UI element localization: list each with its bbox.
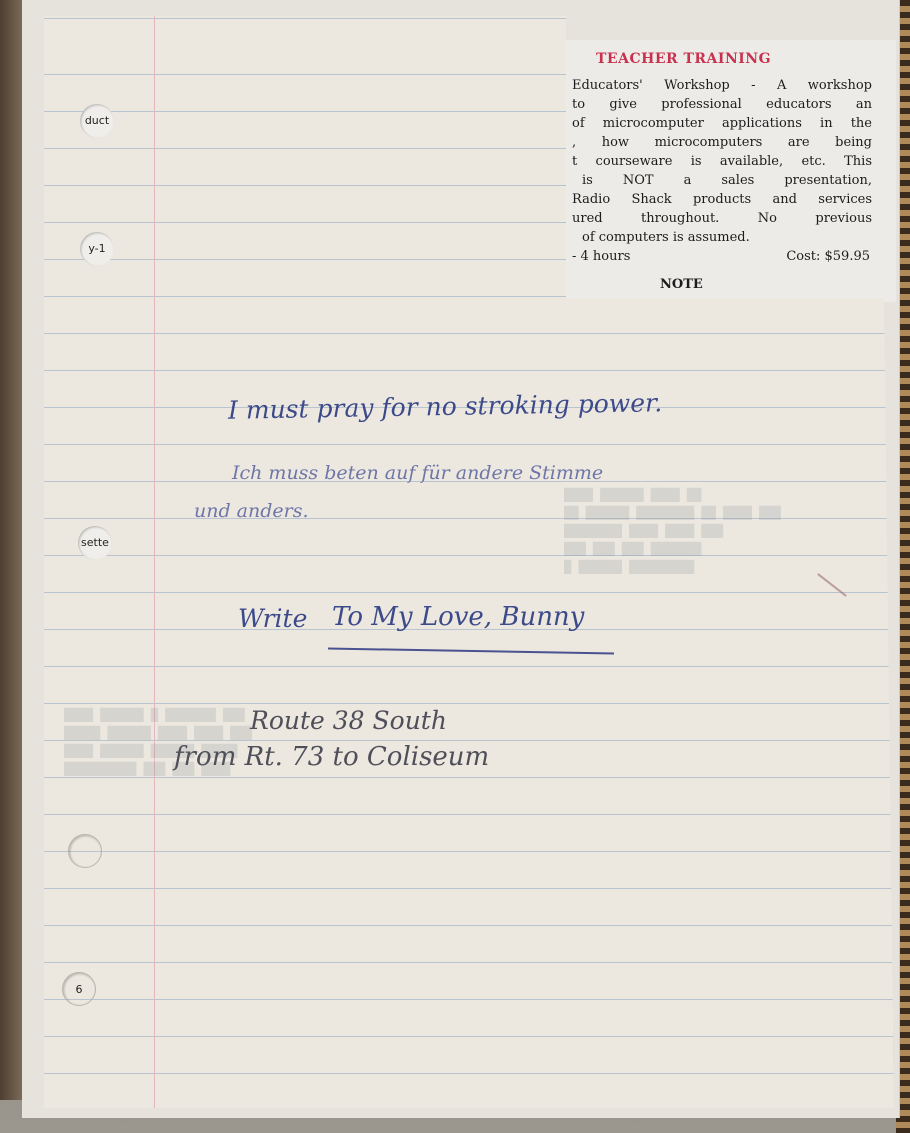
handwritten-line: und anders. xyxy=(194,500,309,522)
clipping-duration: - 4 hours xyxy=(572,247,630,266)
clipping-note-label: NOTE xyxy=(660,277,896,292)
teacher-training-clipping: TEACHER TRAINING Educators' Workshop - A… xyxy=(566,40,896,302)
clipping-cost-row: - 4 hours Cost: $59.95 xyxy=(572,247,870,266)
margin-line xyxy=(154,16,155,1108)
punch-hole: 6 xyxy=(62,972,96,1006)
clipping-line: ured throughout. No previous xyxy=(572,209,872,228)
punch-hole: y-1 xyxy=(80,232,114,266)
clipping-line: of microcomputer applications in the xyxy=(572,114,872,133)
clipping-cost: Cost: $59.95 xyxy=(786,247,870,266)
handwritten-line: Ich muss beten auf für andere Stimme xyxy=(232,462,603,484)
handwritten-line: from Rt. 73 to Coliseum xyxy=(174,742,489,772)
clipping-line: Radio Shack products and services xyxy=(572,190,872,209)
clipping-body: Educators' Workshop - A workshop to give… xyxy=(572,76,872,266)
handwritten-line: I must pray for no stroking power. xyxy=(228,388,663,425)
clipping-line: Educators' Workshop - A workshop xyxy=(572,76,872,95)
title-underline xyxy=(328,648,614,655)
punch-hole: duct xyxy=(80,104,114,138)
clipping-line: , how microcomputers are being xyxy=(572,133,872,152)
handwritten-title: To My Love, Bunny xyxy=(332,602,584,632)
punch-hole xyxy=(68,834,102,868)
handwritten-line: Route 38 South xyxy=(250,706,447,735)
handwritten-line: Write xyxy=(238,604,307,633)
binder-edge-left xyxy=(0,0,22,1100)
punch-hole: sette xyxy=(78,526,112,560)
clipping-line: of computers is assumed. xyxy=(572,228,872,247)
show-through-print: ████ ██████ ████ ██ ██ ██████ ████████ █… xyxy=(564,486,781,576)
clipping-line: t courseware is available, etc. This xyxy=(572,152,872,171)
clipping-line: is NOT a sales presentation, xyxy=(572,171,872,190)
clipping-line: to give professional educators an xyxy=(572,95,872,114)
clipping-title: TEACHER TRAINING xyxy=(596,51,896,67)
pen-mark xyxy=(817,573,847,597)
